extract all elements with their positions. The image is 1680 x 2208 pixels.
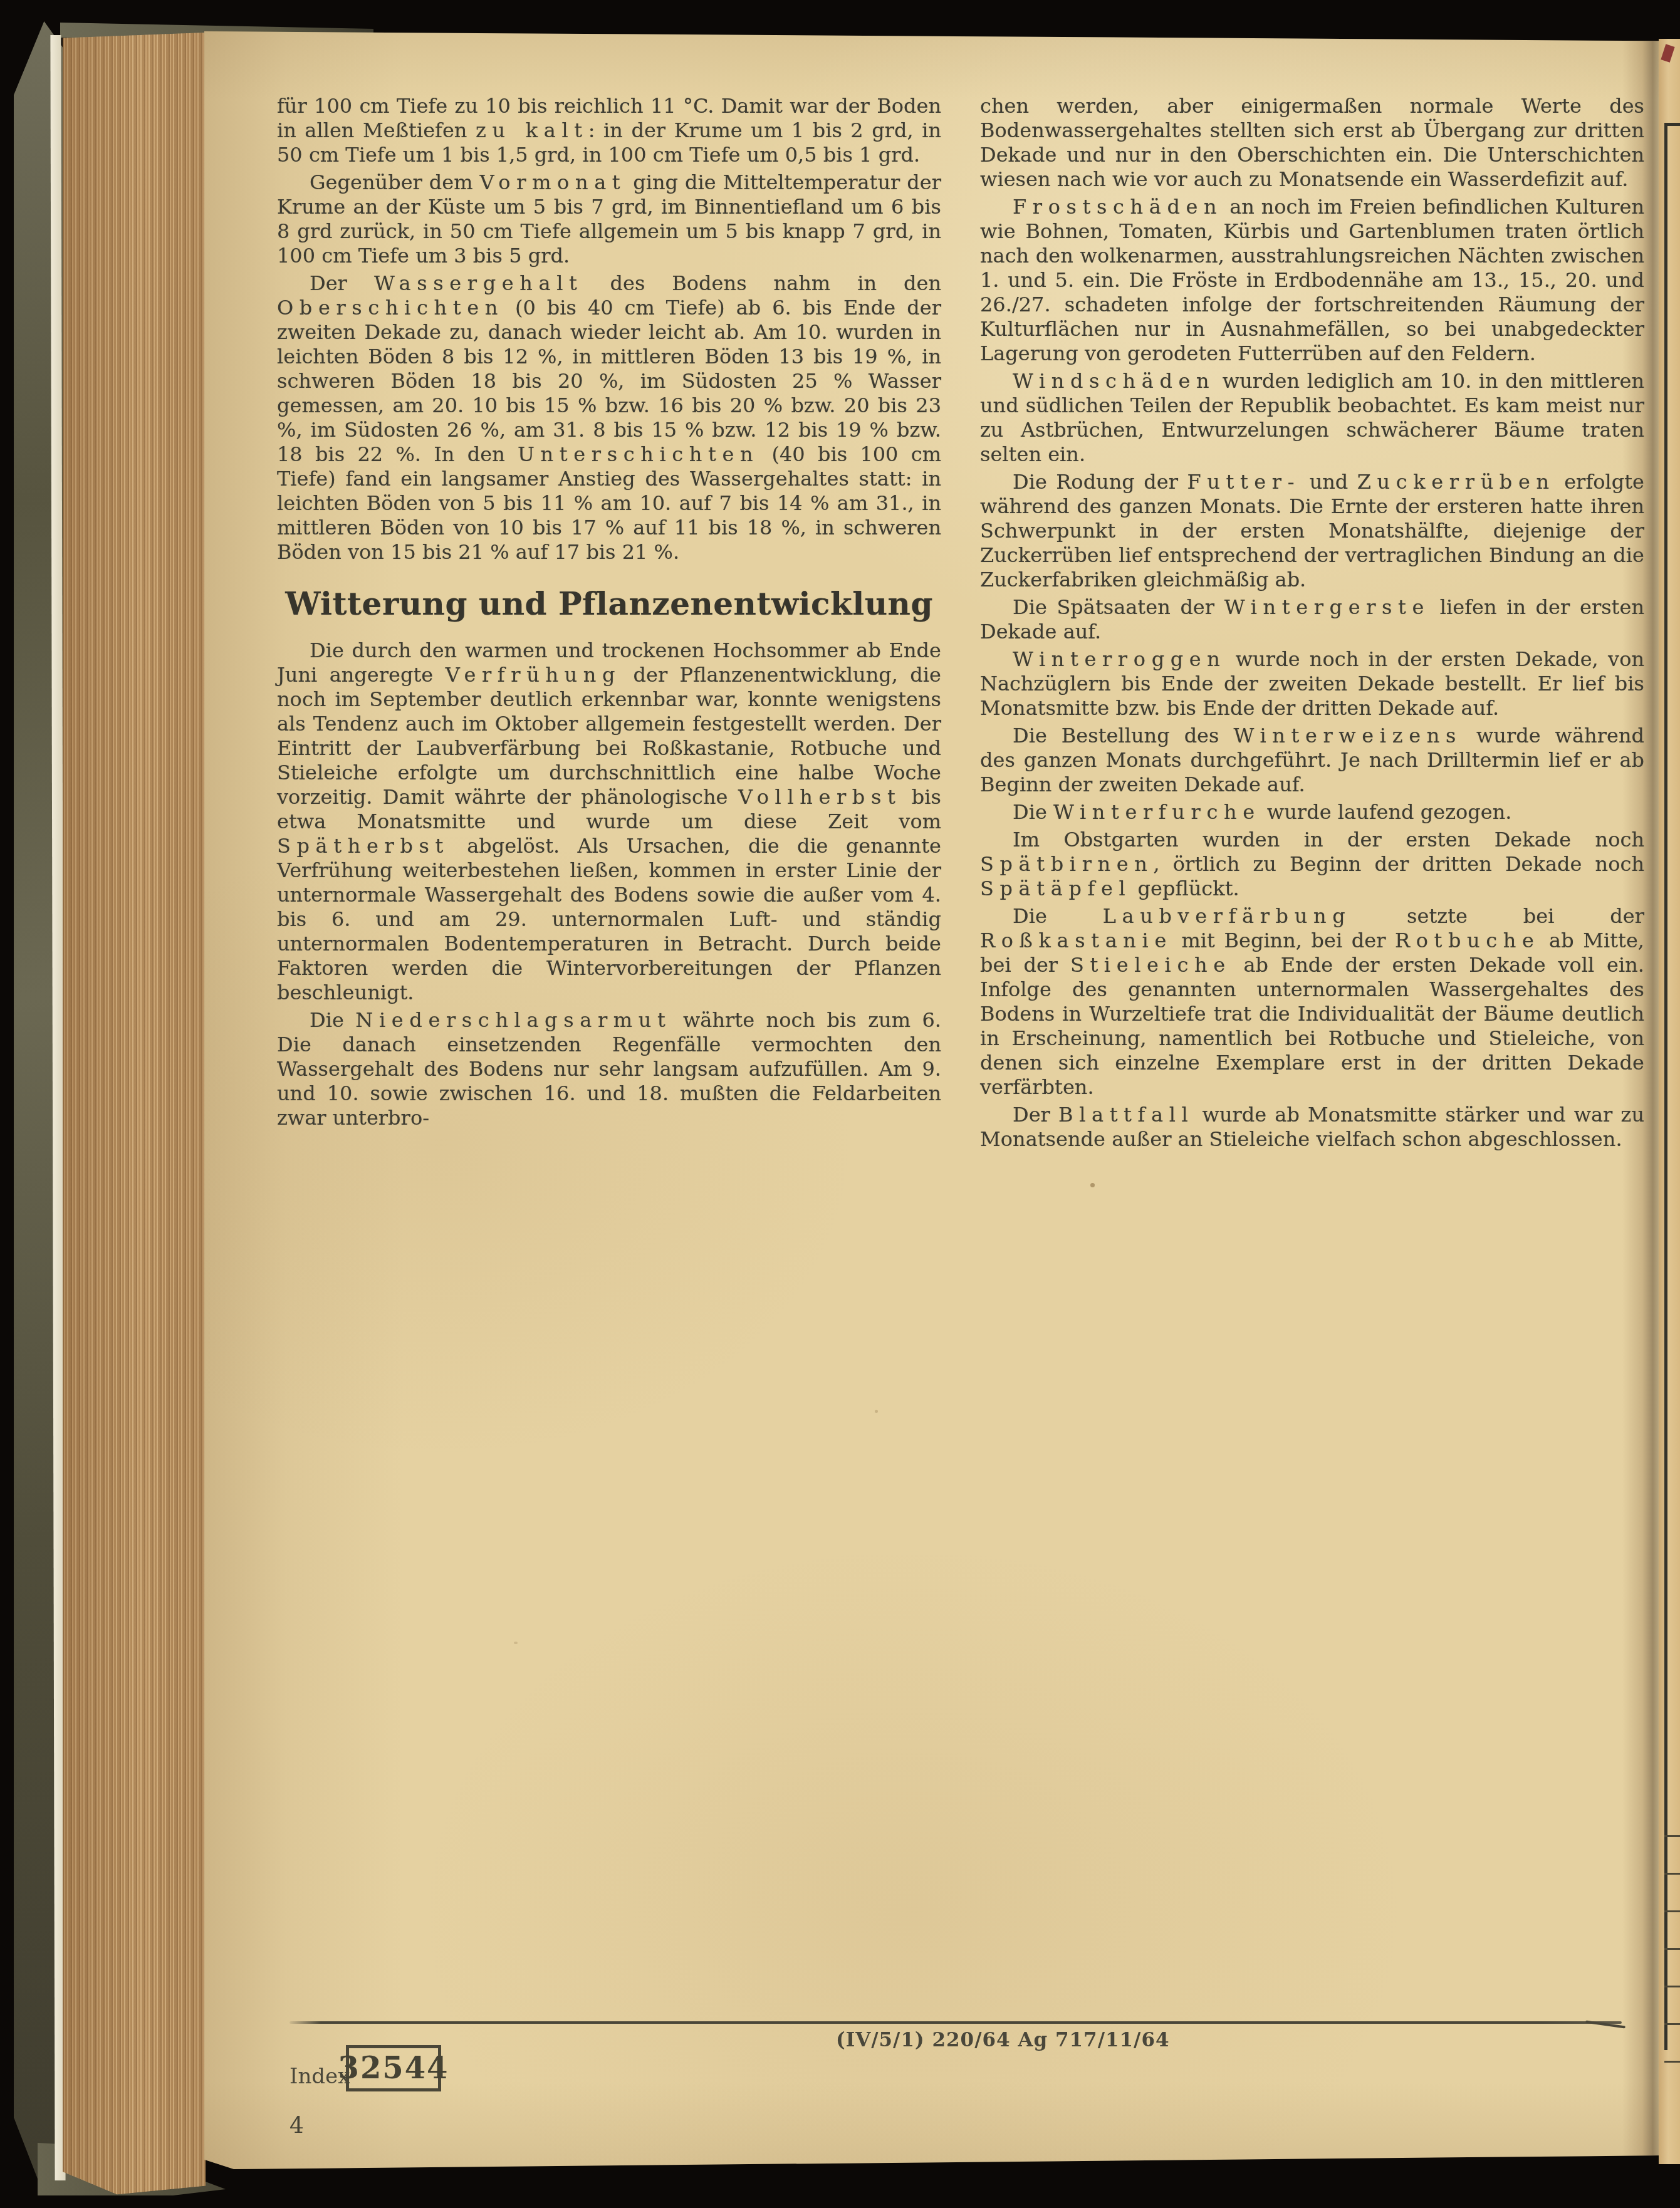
body-paragraph: Die Niederschlagsarmut währte noch bis z… [277,1008,941,1130]
body-paragraph: Windschäden wurden lediglich am 10. in d… [980,369,1644,467]
right-column: chen werden, aber einigermaßen normale W… [980,94,1644,1152]
print-code: (IV/5/1) 220/64 Ag 717/11/64 [836,2029,1170,2051]
next-page-table-border [1664,123,1667,2050]
letterspaced-emphasis: Roßkastanie [980,929,1172,952]
footer-rule [290,2021,1622,2024]
body-paragraph: Im Obstgarten wurden in der ersten Dekad… [980,828,1644,901]
page-edge-stack [63,33,206,2195]
section-heading: Witterung und Pflanzenentwicklung [277,586,941,622]
letterspaced-emphasis: Frostschäden [1013,195,1223,219]
letterspaced-emphasis: Vollherbst [738,785,902,809]
paper-speck [1090,1183,1095,1187]
letterspaced-emphasis: Windschäden [1013,369,1215,393]
letterspaced-emphasis: Winterweizens [1233,724,1461,747]
body-paragraph: Die Laubverfärbung setzte bei der Roßkas… [980,904,1644,1100]
letterspaced-emphasis: Verfrühung [446,663,621,687]
body-paragraph: Gegenüber dem Vormonat ging die Mittelte… [277,170,941,268]
letterspaced-emphasis: Oberschichten [277,296,504,320]
body-paragraph: Die Winterfurche wurde laufend gezogen. [980,800,1644,825]
letterspaced-emphasis: Winterroggen [1013,647,1226,671]
letterspaced-emphasis: Spätherbst [277,834,449,858]
letterspaced-emphasis: Futter- [1187,470,1300,494]
body-paragraph: Die durch den warmen und trockenen Hochs… [277,638,941,1005]
body-paragraph: Der Wassergehalt des Bodens nahm in den … [277,271,941,565]
letterspaced-emphasis: Wassergehalt [374,271,583,295]
letterspaced-emphasis: Winterfurche [1053,800,1261,824]
letterspaced-emphasis: Spätbirnen [980,852,1154,876]
body-paragraph: Winterroggen wurde noch in der ersten De… [980,647,1644,721]
letterspaced-emphasis: Stieleiche [1070,953,1231,977]
next-page-sliver [1659,39,1680,2164]
letterspaced-emphasis: Zuckerrüben [1357,470,1555,494]
body-paragraph: Die Rodung der Futter- und Zuckerrüben e… [980,470,1644,592]
paper-speck [875,1410,878,1413]
letterspaced-emphasis: Niederschlagsarmut [355,1008,671,1032]
next-page-table-rows [1664,1799,1680,2063]
letterspaced-emphasis: Rotbuche [1395,929,1540,952]
left-column: für 100 cm Tiefe zu 10 bis reichlich 11 … [277,94,941,1152]
index-number: 32544 [338,2051,449,2086]
letterspaced-emphasis: Laubverfärbung [1103,904,1352,928]
body-paragraph: für 100 cm Tiefe zu 10 bis reichlich 11 … [277,94,941,167]
page-text: für 100 cm Tiefe zu 10 bis reichlich 11 … [277,94,1644,1152]
letterspaced-emphasis: Wintergerste [1224,595,1430,619]
letterspaced-emphasis: Vormonat [480,170,627,194]
body-paragraph: chen werden, aber einigermaßen normale W… [980,94,1644,192]
body-paragraph: Die Spätsaaten der Wintergerste liefen i… [980,595,1644,644]
letterspaced-emphasis: zu kalt [476,118,588,142]
index-number-box: 32544 [346,2045,441,2091]
letterspaced-emphasis: Unterschichten [518,442,759,466]
body-paragraph: Frostschäden an noch im Freien befindlic… [980,195,1644,366]
letterspaced-emphasis: Spätäpfel [980,877,1131,900]
letterspaced-emphasis: Blattfall [1058,1103,1194,1127]
body-paragraph: Der Blattfall wurde ab Monatsmitte stärk… [980,1103,1644,1152]
body-paragraph: Die Bestellung des Winterweizens wurde w… [980,724,1644,797]
book-scan: für 100 cm Tiefe zu 10 bis reichlich 11 … [0,0,1680,2208]
paper-speck [514,1642,518,1644]
page-number: 4 [290,2113,304,2138]
